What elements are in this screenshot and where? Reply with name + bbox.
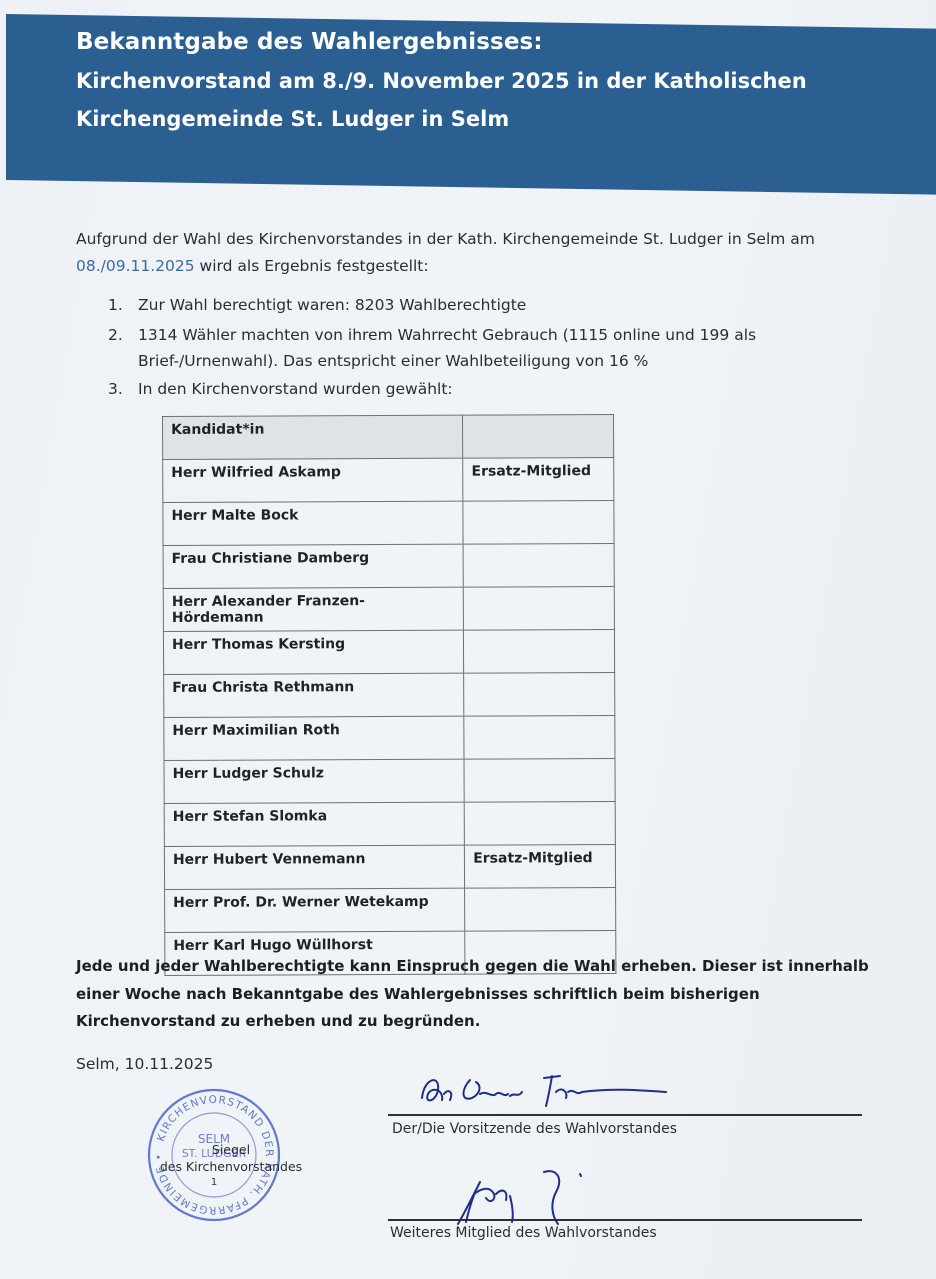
table-row: Herr Wilfried AskampErsatz-Mitglied — [163, 458, 614, 503]
candidate-name: Frau Christiane Damberg — [163, 544, 463, 588]
candidate-name: Herr Ludger Schulz — [164, 759, 464, 803]
candidate-name: Herr Maximilian Roth — [164, 716, 464, 760]
header-text: Bekanntgabe des Wahlergebnisses: Kirchen… — [76, 24, 807, 138]
document-title: Bekanntgabe des Wahlergebnisses: — [76, 24, 807, 60]
signature-caption-1: Der/Die Vorsitzende des Wahlvorstandes — [392, 1121, 677, 1137]
table-row: Herr Alexander Franzen-Hördemann — [163, 587, 614, 632]
table-row: Frau Christa Rethmann — [164, 673, 615, 718]
candidate-status — [464, 759, 615, 803]
signature-line-1 — [388, 1114, 862, 1116]
candidate-status — [465, 888, 616, 932]
table-row: Herr Malte Bock — [163, 501, 614, 546]
candidate-status: Ersatz-Mitglied — [465, 845, 616, 889]
table-row: Herr Prof. Dr. Werner Wetekamp — [165, 888, 616, 933]
document-subtitle-line1: Kirchenvorstand am 8./9. November 2025 i… — [76, 62, 807, 100]
candidate-name: Herr Alexander Franzen-Hördemann — [163, 587, 463, 631]
objection-notice: Jede und jeder Wahlberechtigte kann Eins… — [76, 953, 876, 1036]
document-page: Bekanntgabe des Wahlergebnisses: Kirchen… — [0, 0, 936, 1279]
table-row: Herr Thomas Kersting — [163, 630, 614, 675]
signature-caption-2: Weiteres Mitglied des Wahlvorstandes — [390, 1225, 657, 1241]
candidate-status — [463, 544, 614, 588]
election-date: 08./09.11.2025 — [76, 257, 195, 275]
svg-text:1: 1 — [211, 1177, 217, 1188]
table-header-row: Kandidat*in — [163, 415, 614, 460]
header-status — [463, 415, 614, 459]
table-row: Herr Stefan Slomka — [164, 802, 615, 847]
candidate-name: Frau Christa Rethmann — [164, 673, 464, 717]
candidate-status — [463, 501, 614, 545]
signature-line-2 — [388, 1219, 862, 1221]
intro-text-after: wird als Ergebnis festgestellt: — [195, 257, 429, 275]
table-row: Herr Maximilian Roth — [164, 716, 615, 761]
elected-candidates-table: Kandidat*in Herr Wilfried AskampErsatz-M… — [162, 414, 616, 976]
table-row: Herr Hubert VennemannErsatz-Mitglied — [164, 845, 615, 890]
seal-label: Siegel des Kirchenvorstandes — [156, 1141, 306, 1175]
results-list: 1. Zur Wahl berechtigt waren: 8203 Wahlb… — [108, 292, 868, 402]
candidate-status — [464, 802, 615, 846]
signature-chairperson — [410, 1068, 680, 1118]
candidate-status — [464, 630, 615, 674]
candidate-status — [464, 673, 615, 717]
candidate-status: Ersatz-Mitglied — [463, 458, 614, 502]
table-row: Frau Christiane Damberg — [163, 544, 614, 589]
candidate-status — [464, 716, 615, 760]
candidate-name: Herr Malte Bock — [163, 501, 463, 545]
document-subtitle-line2: Kirchengemeinde St. Ludger in Selm — [76, 100, 807, 138]
candidate-name: Herr Wilfried Askamp — [163, 458, 463, 502]
table-row: Herr Ludger Schulz — [164, 759, 615, 804]
intro-text: Aufgrund der Wahl des Kirchenvorstandes … — [76, 230, 815, 248]
list-item: 3. In den Kirchenvorstand wurden gewählt… — [108, 376, 868, 402]
place-and-date: Selm, 10.11.2025 — [76, 1055, 213, 1073]
candidate-name: Herr Prof. Dr. Werner Wetekamp — [165, 888, 465, 932]
header-candidate: Kandidat*in — [163, 415, 463, 459]
candidate-name: Herr Stefan Slomka — [164, 802, 464, 846]
candidate-status — [464, 587, 615, 631]
candidate-name: Herr Hubert Vennemann — [164, 845, 464, 889]
list-item: 2. 1314 Wähler machten von ihrem Wahrrec… — [108, 322, 868, 374]
candidate-name: Herr Thomas Kersting — [163, 630, 463, 674]
intro-paragraph: Aufgrund der Wahl des Kirchenvorstandes … — [76, 226, 866, 280]
list-item: 1. Zur Wahl berechtigt waren: 8203 Wahlb… — [108, 292, 868, 318]
